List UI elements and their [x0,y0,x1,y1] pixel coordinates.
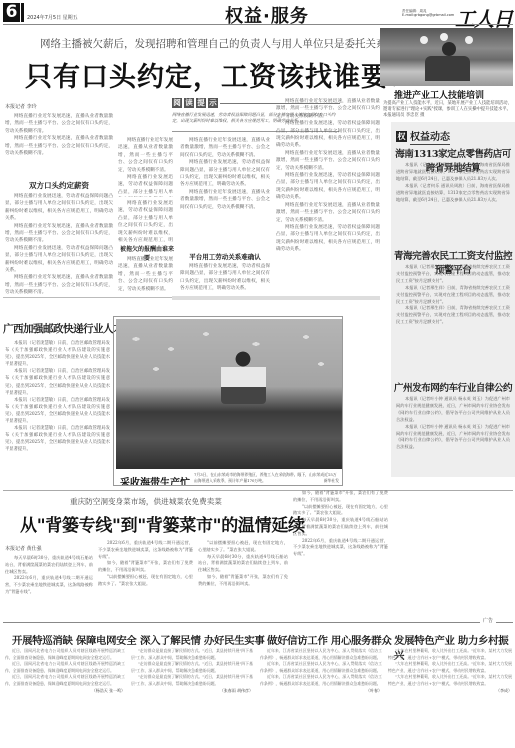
lead-para: 网络直播行业近年发展迅速，直播从业者数量激增，然而一些主播与平台、公会之间仅有口… [180,137,270,159]
news-item-body: 本报讯（记者何乐 通讯员周波）日前，海南省医保局推进跨省异地就医直接结算，131… [396,162,510,244]
top-photo-credit: 本报通讯员 李忠臣 摄 [383,113,424,118]
page-number-bar [21,3,24,22]
tip-char: 读 [184,98,194,108]
second-para: "以前摆摊要担心被赶，现在有固定地方，心里踏实多了。"菜农张大姐说。 [98,574,193,588]
lead-column-2: 网络直播行业近年发展迅速，直播从业者数量激增，然而一些主播与平台、公会之间仅有口… [118,137,173,197]
lead-para: 网络直播行业发展迅速，劳动者权益保障问题凸显，部分主播与用人单位之间仅有口头约定… [118,200,173,242]
main-photo [116,319,342,469]
lead-para: 网络直播行业近年发展迅速，直播从业者数量激增，然而一些主播与平台、公会之间仅有口… [276,98,380,120]
lead-subhead-1: 双方口头约定薪资 [5,180,113,191]
ad-body: "大年在村里种葡萄，收入比外出打工还高。"近年来，某村大力发展特色产业，通过"合… [388,648,512,744]
helmet-shape [420,36,428,44]
second-para: 2022年6月，重庆轨道4号线二期开通运营，不少菜农乘坐地铁进城卖菜，这条线路被… [98,540,193,560]
ad-para: "大年在村里种葡萄，收入比外出打工还高。"近年来，某村大力发展特色产业，通过"合… [388,648,512,661]
ad-para: 近年来，江苏省某社区坚持以人民为中心，深入贯彻落实《信访工作条例》，畅通群众诉求… [260,674,382,687]
main-photo-caption-text: 7月3日，在山东荣成市的海带养殖区，养殖工人在采收海带。眼下，山东荣成近15万亩… [194,472,337,483]
ad-headline[interactable]: 开展特巡消缺 保障电网安全 [12,632,136,647]
main-photo-frame[interactable]: 采收海带生产忙 7月3日，在山东荣成市的海带养殖区，养殖工人在采收海带。眼下，山… [113,316,343,486]
lead-column-1b: 网络直播行业发展迅速，劳动者权益保障问题凸显，部分主播与用人单位之间仅有口头约定… [5,193,113,301]
helmet-shape [465,36,473,44]
ad-body: 近年来，江苏省某社区坚持以人民为中心，深入贯彻落实《信访工作条例》，畅通群众诉求… [260,648,382,744]
news-box-title: 权益动态 [410,128,450,145]
second-para: 2022年6月，重庆轨道4号线二期开通运营，不少菜农乘坐地铁进城卖菜，这条线路被… [293,538,388,558]
lead-para: 网络直播行业发展迅速，劳动者权益保障问题凸显，部分主播与用人单位之间仅有口头约定… [180,263,270,291]
lead-column-2c: 网络直播行业近年发展迅速，直播从业者数量激增，然而一些主播与平台、公会之间仅有口… [118,256,173,311]
lead-column-1: 网络直播行业近年发展迅速，直播从业者数量激增，然而一些主播与平台、公会之间仅有口… [5,113,113,157]
ad-divider [3,622,513,623]
guangxi-para: 本报讯（记者庞慧敏）日前，自治区邮政管理局发布《关于加强邮政快递行业人才队伍建设… [5,425,110,453]
ad-signature: （叶春） [359,688,382,695]
lead-column-4: 网络直播行业近年发展迅速，直播从业者数量激增，然而一些主播与平台、公会之间仅有口… [276,98,380,293]
ad-para: "走访群众是最直接了解民情的方式。"近日，某县持续开展"四下基层"工作，深入群众… [131,674,253,687]
ad-signature: （李成） [489,688,512,695]
column-divider [172,296,380,300]
ad-label: 广告 [480,617,496,624]
ad-para: 近年来，江苏省某社区坚持以人民为中心，深入贯彻落实《信访工作条例》，畅通群众诉求… [260,661,382,674]
ad-para: "大年在村里种葡萄，收入比外出打工还高。"近年来，某村大力发展特色产业，通过"合… [388,674,512,687]
section-divider [3,490,513,491]
main-photo-credit: 新华社发 [324,478,339,484]
second-para: 如今，随着"背篓菜市"开张，菜农们有了免费的摊位，不用再沿街叫卖。 [293,490,388,504]
lead-column-3b: 网络直播行业发展迅速，劳动者权益保障问题凸显，部分主播与用人单位之间仅有口头约定… [180,263,270,291]
editor-info: 责任编辑：周兆 E-mail:grbgong@grbmail.com [402,9,454,17]
lead-para: 网络直播行业发展迅速，劳动者权益保障问题凸显，部分主播与用人单位之间仅有口头约定… [276,224,380,254]
lead-filler: 网络直播行业近年发展迅速，直播从业者数量激增，然而一些主播与平台、公会之间仅有口… [5,135,113,157]
ad-para: "大年在村里种葡萄，收入比外出打工还高。"近年来，某村大力发展特色产业，通过"合… [388,661,512,674]
top-photo-title: 推进产业工人技能培训 [394,88,484,101]
second-para: "以前摆摊要担心被赶，现在有固定地方，心里踏实多了。"菜农张大姐说。 [293,504,388,518]
rights-news-box: 权 权益动态 海南1313家定点零售药店可跨省异地结算 本报讯（记者何乐 通讯员… [391,122,515,477]
second-para: 2022年6月，重庆轨道4号线二期开通运营，不少菜农乘坐地铁进城卖菜，这条线路被… [5,575,93,595]
news-para: 本报讯（记者何乐 通讯员周波）日前，海南省医保局推进跨省异地就医直接结算，131… [396,162,510,183]
second-column-4: 如今，随着"背篓菜市"开张，菜农们有了免费的摊位，不用再沿街叫卖。 "以前摆摊要… [293,490,388,618]
ad-body: "走访群众是最直接了解民情的方式。"近日，某县持续开展"四下基层"工作，深入群众… [131,648,253,744]
main-photo-title: 采收海带生产忙 [120,474,190,486]
reading-tips-label: 阅 读 提 示 [172,98,218,108]
second-para: "以前摆摊要担心被赶，现在有固定地方，心里踏实多了。"菜农张大姐说。 [198,540,288,554]
news-para: 本报讯（记者邢生祥）日前，青海省持续完善农民工工资支付监控预警平台，实现对在建工… [396,285,510,306]
issue-date: 2024年7月5日 星期五 [27,14,78,21]
lead-headline-text: 只有口头约定，工资该找谁要 [25,62,389,93]
second-para: 每天早晨6时30分，重庆轨道4号线石船站站台，背着满筐蔬菜的菜农们陆续登上列车，… [5,555,93,575]
second-headline[interactable]: 从"背篓专线"到"背篓菜市"的温情延续 [20,511,305,536]
guangxi-para: 本报讯（记者庞慧敏）日前，自治区邮政管理局发布《关于加强邮政快递行业人才队伍建设… [5,397,110,425]
top-photo-caption-text: 为提高产业工人技能水平，近日，某地开展产业工人技能培训活动，邀请专家进行"理论+… [383,101,512,112]
news-para: 本报讯（记者何乐 通讯员周波）日前，海南省医保局推进跨省异地就医直接结算，131… [396,183,510,204]
tip-char: 提 [196,98,206,108]
second-para: 每天早晨6时30分，重庆轨道4号线石船站站台，背着满筐蔬菜的菜农们陆续登上列车，… [293,517,388,537]
second-para: 如今，随着"背篓菜市"开张，菜农们有了免费的摊位，不用再沿街叫卖。 [98,560,193,574]
ad-headline[interactable]: 深入了解民情 办好民生实事 [140,632,264,647]
lead-para: 网络直播行业发展迅速，劳动者权益保障问题凸显，部分主播与用人单位之间仅有口头约定… [276,172,380,202]
top-photo-caption: 为提高产业工人技能水平，近日，某地开展产业工人技能培训活动，邀请专家进行"理论+… [383,101,513,119]
news-item-headline[interactable]: 广州发布网约车行业自律公约 [393,380,513,394]
tip-char: 阅 [172,98,182,108]
ad-signature: （张春雨 胡伟彦） [213,688,253,695]
lead-para: 网络直播行业近年发展迅速，直播从业者数量激增，然而一些主播与平台、公会之间仅有口… [276,150,380,172]
worker-figure [221,349,266,404]
lead-para: 网络直播行业近年发展迅速，直播从业者数量激增，然而一些主播与平台、公会之间仅有口… [118,256,173,293]
lead-intro: 网络直播行业近年发展迅速，直播从业者数量激增，然而一些主播与平台、公会之间仅有口… [5,113,113,135]
lead-para: 网络直播行业近年发展迅速，直播从业者数量激增，然而一些主播与平台、公会之间仅有口… [276,202,380,224]
lead-headline[interactable]: 只有口头约定，工资该找谁要？ [25,55,417,94]
lead-para: 网络直播行业发展迅速，劳动者权益保障问题凸显，部分主播与用人单位之间仅有口头约定… [180,159,270,189]
lead-subhead-3: 平台用工劳动关系难确认 [180,252,270,261]
column-divider [3,297,173,298]
worker-body [425,56,470,81]
guangxi-body: 本报讯（记者庞慧敏）日前，自治区邮政管理局发布《关于加强邮政快递行业人才队伍建设… [5,340,110,485]
page-number: 6 [3,3,20,22]
second-column-1: 每天早晨6时30分，重庆轨道4号线石船站站台，背着满筐蔬菜的菜农们陆续登上列车，… [5,555,93,617]
ad-headline[interactable]: 做好信访工作 用心服务群众 [267,632,391,647]
worker-head [442,42,456,56]
news-item-body: 本报讯（记者邢生祥）日前，青海省持续完善农民工工资支付监控预警平台，实现对在建工… [396,264,510,374]
guangxi-para: 本报讯（记者庞慧敏）日前，自治区邮政管理局发布《关于加强邮政快递行业人才队伍建设… [5,340,110,368]
ad-para: 近日，国网河北省电力公司组织人员对辖区线路开展特巡消缺工作，全面排查设备隐患，保… [5,674,125,687]
ad-para: 近日，国网河北省电力公司组织人员对辖区线路开展特巡消缺工作，全面排查设备隐患，保… [5,648,125,661]
ad-para: "走访群众是最直接了解民情的方式。"近日，某县持续开展"四下基层"工作，深入群众… [131,648,253,661]
second-kicker: 重庆防空洞变身菜市场，供进城菜农免费卖菜 [70,496,222,507]
ad-para: 近年来，江苏省某社区坚持以人民为中心，深入贯彻落实《信访工作条例》，畅通群众诉求… [260,648,382,661]
top-photo[interactable] [380,28,513,86]
lead-byline: 本报记者 李玲 [5,103,37,110]
lead-column-3: 网络直播行业近年发展迅速，直播从业者数量激增，然而一些主播与平台、公会之间仅有口… [180,137,270,252]
tip-char: 示 [208,98,218,108]
news-para: 本报讯（记者叶小钟 通讯员 杨永英 刘玉）为促进广州市网约车行业规范健康发展，近… [396,424,510,452]
second-column-3: "以前摆摊要担心被赶，现在有固定地方，心里踏实多了。"菜农张大姐说。 每天早晨6… [198,540,288,618]
helmet-shape [440,33,448,41]
lead-para: 网络直播行业近年发展迅速，直播从业者数量激增，然而一些主播与平台、公会之间仅有口… [118,137,173,174]
rights-icon: 权 [396,131,407,142]
news-box-header: 权 权益动态 [396,128,450,145]
news-item-body: 本报讯（记者叶小钟 通讯员 杨永英 刘玉）为促进广州市网约车行业规范健康发展，近… [396,396,510,474]
lead-para: 网络直播行业近年发展迅速，直播从业者数量激增，然而一些主播与平台、公会之间仅有口… [5,274,113,296]
lead-kicker: 网络主播被欠薪后，发现招聘和管理自己的负责人与用人单位只是委托关系 [40,36,387,51]
second-column-2: 2022年6月，重庆轨道4号线二期开通运营，不少菜农乘坐地铁进城卖菜，这条线路被… [98,540,193,618]
ad-signature: （杨浩天 张一鸣） [85,688,125,695]
lead-para: 网络直播行业发展迅速，劳动者权益保障问题凸显，部分主播与用人单位之间仅有口头约定… [118,174,173,197]
second-para: 如今，随着"背篓菜市"开张，菜农们有了免费的摊位，不用再沿街叫卖。 [198,574,288,588]
lead-para: 网络直播行业发展迅速，劳动者权益保障问题凸显，部分主播与用人单位之间仅有口头约定… [5,193,113,223]
guangxi-para: 本报讯（记者庞慧敏）日前，自治区邮政管理局发布《关于加强邮政快递行业人才队伍建设… [5,368,110,396]
news-para: 本报讯（记者邢生祥）日前，青海省持续完善农民工工资支付监控预警平台，实现对在建工… [396,305,510,326]
ad-body: 近日，国网河北省电力公司组织人员对辖区线路开展特巡消缺工作，全面排查设备隐患，保… [5,648,125,744]
ad-para: "走访群众是最直接了解民情的方式。"近日，某县持续开展"四下基层"工作，深入群众… [131,661,253,674]
lead-para: 网络直播行业近年发展迅速，直播从业者数量激增，然而一些主播与平台、公会之间仅有口… [180,189,270,211]
news-para: 本报讯（记者叶小钟 通讯员 杨永英 刘玉）为促进广州市网约车行业规范健康发展，近… [396,396,510,424]
lead-para: 网络直播行业近年发展迅速，直播从业者数量激增，然而一些主播与平台、公会之间仅有口… [5,223,113,245]
lead-para: 网络直播行业发展迅速，劳动者权益保障问题凸显，部分主播与用人单位之间仅有口头约定… [276,120,380,150]
second-para: 每天早晨6时30分，重庆轨道4号线石船站站台，背着满筐蔬菜的菜农们陆续登上列车，… [198,554,288,574]
second-byline: 本报记者 黄仕强 [5,545,42,552]
lead-column-2b: 网络直播行业发展迅速，劳动者权益保障问题凸显，部分主播与用人单位之间仅有口头约定… [118,200,173,242]
lead-para: 网络直播行业发展迅速，劳动者权益保障问题凸显，部分主播与用人单位之间仅有口头约定… [5,245,113,275]
header-divider [3,24,513,25]
ad-para: 近日，国网河北省电力公司组织人员对辖区线路开展特巡消缺工作，全面排查设备隐患，保… [5,661,125,674]
news-para: 本报讯（记者邢生祥）日前，青海省持续完善农民工工资支付监控预警平台，实现对在建工… [396,264,510,285]
main-photo-caption: 7月3日，在山东荣成市的海带养殖区，养殖工人在采收海带。眼下，山东荣成近15万亩… [194,472,339,483]
